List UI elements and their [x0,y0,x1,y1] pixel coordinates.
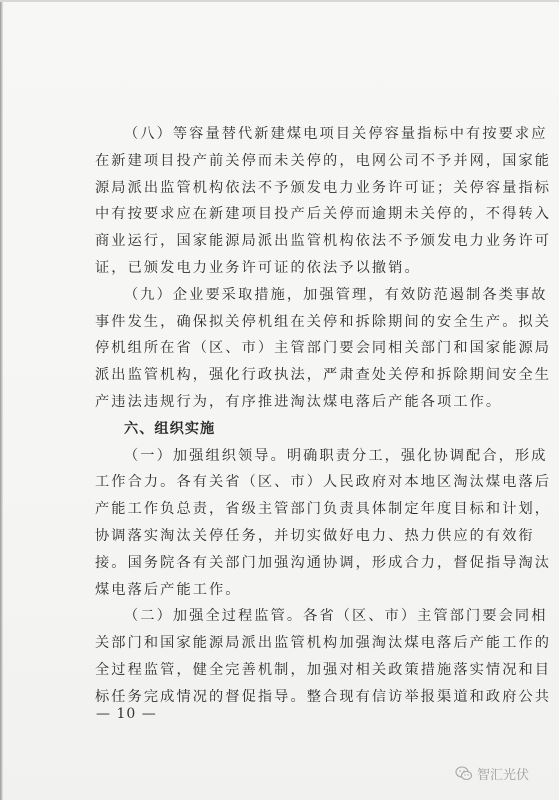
wechat-icon [455,766,473,781]
document-page: （八）等容量替代新建煤电项目关停容量指标中有按要求应 在新建项目投产前关停而未关… [0,0,559,800]
section-heading: 六、组织实施 [95,416,481,443]
text-line: 接。国务院各有关部门加强沟通协调，形成合力，督促指导淘汰 [95,550,481,577]
scan-edge-shadow [0,0,3,800]
text-line: 派出监管机构，强化行政执法，严肃查处关停和拆除期间安全生 [95,362,481,389]
text-line: 证，已颁发电力业务许可证的依法予以撤销。 [95,255,481,282]
watermark-text: 智汇光伏 [477,764,529,783]
text-line: （二）加强全过程监管。各省（区、市）主管部门要会同相 [95,603,481,630]
text-line: 在新建项目投产前关停而未关停的，电网公司不予并网，国家能 [95,148,481,175]
text-line: （一）加强组织领导。明确职责分工，强化协调配合，形成 [95,443,481,470]
text-line: 产违法违规行为，有序推进淘汰煤电落后产能各项工作。 [95,389,481,416]
text-line: （九）企业要采取措施，加强管理，有效防范遏制各类事故 [95,282,481,309]
text-line: 事件发生，确保拟关停机组在关停和拆除期间的安全生产。拟关 [95,309,481,336]
text-line: 全过程监管，健全完善机制，加强对相关政策措施落实情况和目 [95,657,481,684]
text-line: 源局派出监管机构依法不予颁发电力业务许可证；关停容量指标 [95,175,481,202]
text-line: 产能工作负总责，省级主管部门负责具体制定年度目标和计划， [95,496,481,523]
text-line: 煤电落后产能工作。 [95,577,481,604]
scan-top-edge [0,0,559,2]
document-body: （八）等容量替代新建煤电项目关停容量指标中有按要求应 在新建项目投产前关停而未关… [95,121,481,711]
watermark: 智汇光伏 [455,764,529,783]
page-number: — 10 — [96,706,157,722]
text-line: 中有按要求应在新建项目投产后关停而逾期未关停的，不得转入 [95,201,481,228]
text-line: 商业运行，国家能源局派出监管机构依法不予颁发电力业务许可 [95,228,481,255]
text-line: 协调落实淘汰关停任务，并切实做好电力、热力供应的有效衔 [95,523,481,550]
text-line: （八）等容量替代新建煤电项目关停容量指标中有按要求应 [95,121,481,148]
text-line: 工作合力。各有关省（区、市）人民政府对本地区淘汰煤电落后 [95,469,481,496]
text-line: 停机组所在省（区、市）主管部门要会同相关部门和国家能源局 [95,335,481,362]
text-line: 关部门和国家能源局派出监管机构加强淘汰煤电落后产能工作的 [95,630,481,657]
